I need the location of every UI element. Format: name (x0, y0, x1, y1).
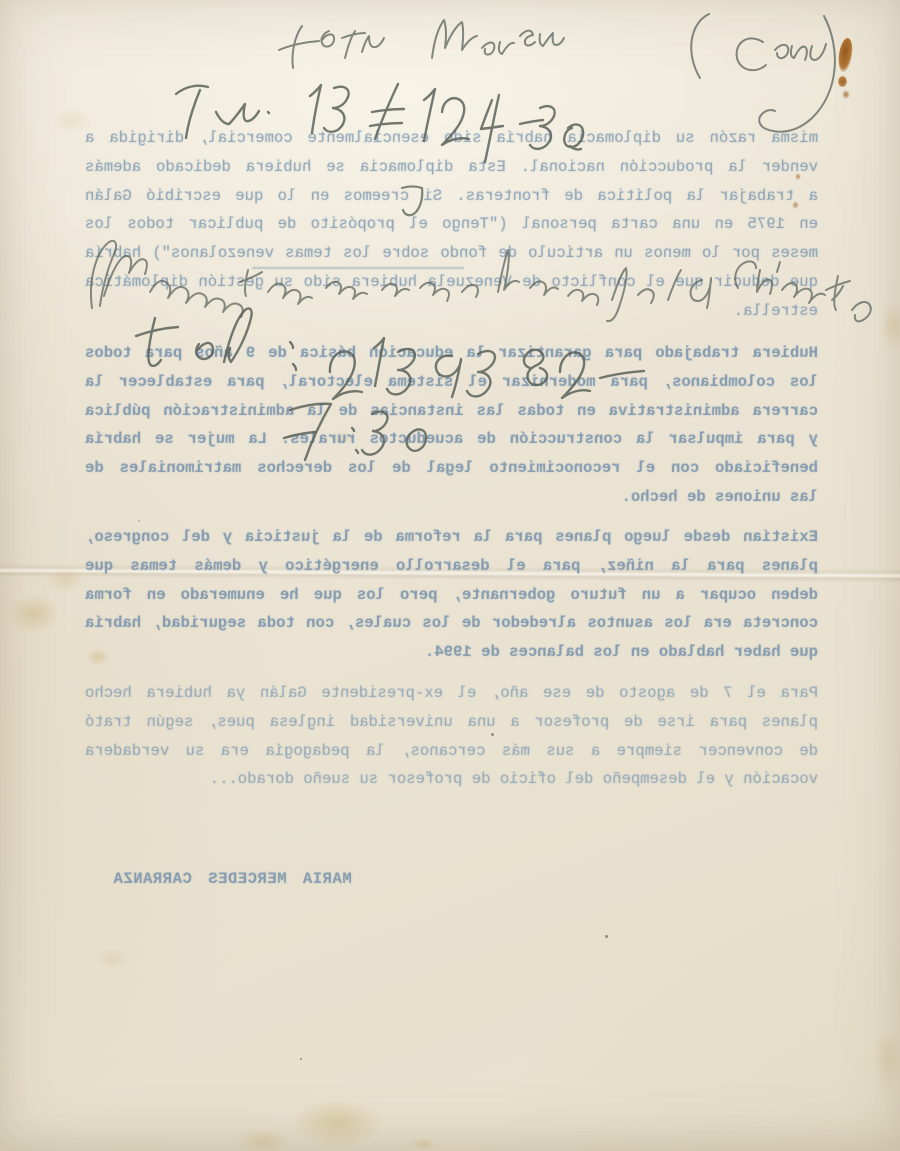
ink-speck (138, 520, 140, 522)
paper-stain (872, 1030, 900, 1090)
typed-line: y para impulsar la construcción de acued… (85, 425, 818, 454)
paper-stain (8, 594, 60, 634)
typed-line: en 1975 en una carta personal ("Tengo el… (85, 210, 818, 239)
typed-line: vocación y el desempeño del oficio de pr… (85, 765, 818, 794)
paper-stain (880, 300, 900, 352)
typed-paragraph-2: Hubiera trabajado para garantizar la edu… (85, 339, 818, 512)
paper-stain (236, 1128, 290, 1151)
typed-line: vender la producción nacional. Esta dipl… (85, 153, 818, 182)
rust-stain (838, 76, 847, 87)
typed-paragraph-1: misma razón su diplomacia habría sido es… (85, 124, 818, 326)
rust-stain (842, 90, 850, 99)
rust-stain (837, 37, 855, 72)
typed-line: planes para irse de profesor a una unive… (85, 708, 818, 737)
ink-speck (605, 935, 608, 938)
typed-line: los colombianos, para modernizar el sist… (85, 368, 818, 397)
typed-line: a trabajar la política de fronteras. Si … (85, 182, 818, 211)
handwriting-name-note (279, 14, 835, 132)
typed-line: Existían desde luego planes para la refo… (85, 523, 818, 552)
scanned-letter-page: misma razón su diplomacia habría sido es… (0, 0, 900, 1151)
typed-signature: MARIA MERCEDES CARRANZA (85, 870, 818, 888)
paper-stain (292, 1098, 384, 1148)
typed-line: estrella. (85, 297, 818, 326)
paper-stain (410, 1138, 436, 1150)
typed-line: meses por lo menos un artículo de fondo … (85, 239, 818, 268)
paper-stain (96, 948, 130, 970)
typed-line: que deducir que el conflicto de Venezuel… (85, 268, 818, 297)
typed-line: las uniones de hecho. (85, 483, 818, 512)
typed-line: Hubiera trabajado para garantizar la edu… (85, 339, 818, 368)
typed-line: concreta era los asuntos alrededor de lo… (85, 609, 818, 638)
typed-line: misma razón su diplomacia habría sido es… (85, 124, 818, 153)
typed-line: beneficiado con el reconocimiento legal … (85, 454, 818, 483)
typed-line: deben ocupar a un futuro gobernante, per… (85, 581, 818, 610)
ink-speck (300, 1058, 302, 1060)
typed-paragraph-3: Existían desde luego planes para la refo… (85, 523, 818, 667)
typed-line: carrera administrativa en todas las inst… (85, 397, 818, 426)
typed-underline-mark (252, 267, 464, 269)
typed-line: de convencer siempre a sus más cercanos,… (85, 737, 818, 766)
typed-paragraph-4: Para el 7 de agosto de ese año, el ex-pr… (85, 679, 818, 794)
typed-line: planes para la niñez, para el desarrollo… (85, 552, 818, 581)
typed-line: Para el 7 de agosto de ese año, el ex-pr… (85, 679, 818, 708)
typed-line: que haber hablado en los balances de 199… (85, 638, 818, 667)
